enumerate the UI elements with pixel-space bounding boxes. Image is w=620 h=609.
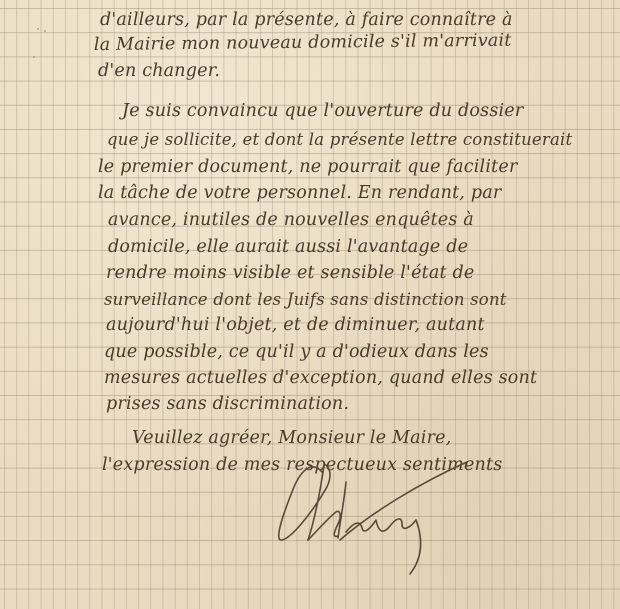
letter-line-4: Je suis convaincu que l'ouverture du dos…	[122, 99, 523, 123]
letter-line-3: d'en changer.	[98, 59, 220, 83]
letter-line-9: domicile, elle aurait aussi l'avantage d…	[108, 235, 468, 259]
letter-line-10: rendre moins visible et sensible l'état …	[106, 261, 474, 285]
letter-line-12: aujourd'hui l'objet, et de diminuer, aut…	[106, 313, 485, 337]
letter-line-16-closing: Veuillez agréer, Monsieur le Maire,	[132, 426, 451, 450]
signature	[262, 452, 502, 582]
letter-line-2: la Mairie mon nouveau domicile s'il m'ar…	[94, 29, 512, 57]
letter-line-14: mesures actuelles d'exception, quand ell…	[104, 366, 537, 390]
signature-scribble-icon	[262, 452, 502, 582]
letter-line-8: avance, inutiles de nouvelles enquêtes à	[108, 208, 474, 232]
letter-line-6: le premier document, ne pourrait que fac…	[98, 155, 518, 179]
letter-line-7: la tâche de votre personnel. En rendant,…	[98, 181, 501, 205]
letter-line-15: prises sans discrimination.	[106, 392, 349, 416]
letter-line-11: surveillance dont les Juifs sans distinc…	[104, 288, 507, 312]
letter-body: d'ailleurs, par la présente, à faire con…	[0, 0, 620, 609]
letter-line-13: que possible, ce qu'il y a d'odieux dans…	[104, 340, 489, 364]
letter-line-5: que je sollicite, et dont la présente le…	[107, 128, 572, 152]
